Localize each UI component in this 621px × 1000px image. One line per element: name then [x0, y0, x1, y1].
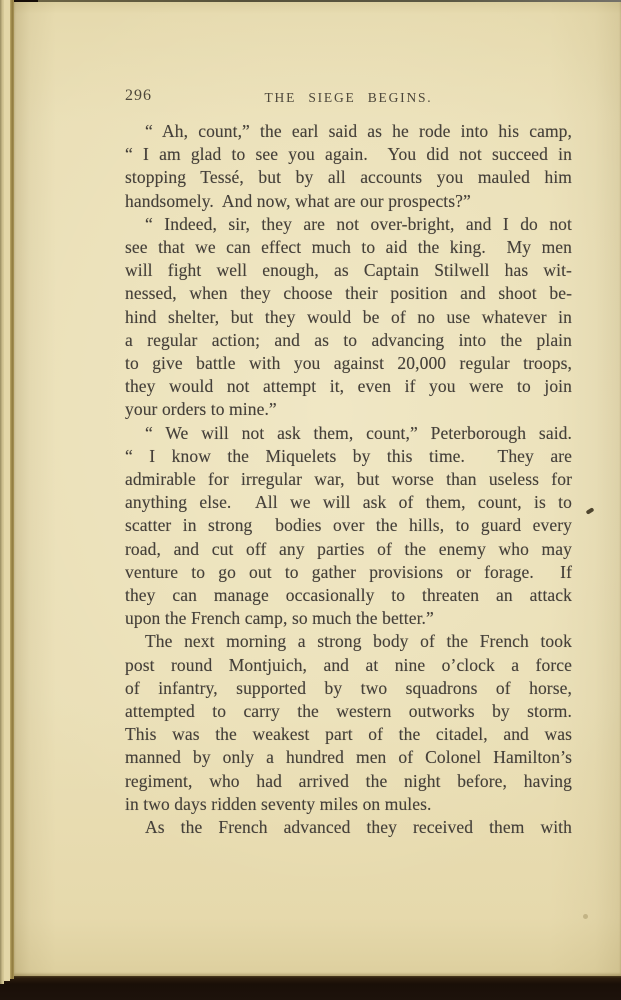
- running-title: THE SIEGE BEGINS.: [125, 90, 572, 106]
- text-line: your orders to mine.”: [125, 398, 572, 421]
- text-line: in two days ridden seventy miles on mule…: [125, 793, 572, 816]
- text-line: anything else. All we will ask of them, …: [125, 491, 572, 514]
- text-line: upon the French camp, so much the better…: [125, 607, 572, 630]
- text-block: “ Ah, count,” the earl said as he rode i…: [125, 120, 572, 839]
- text-line: venture to go out to gather provisions o…: [125, 561, 572, 584]
- text-line: As the French advanced they received the…: [125, 816, 572, 839]
- ink-speck: [586, 507, 595, 515]
- text-line: see that we can effect much to aid the k…: [125, 236, 572, 259]
- text-line: road, and cut off any parties of the ene…: [125, 538, 572, 561]
- text-line: a regular action; and as to advancing in…: [125, 329, 572, 352]
- text-line: “ I know the Miquelets by this time. The…: [125, 445, 572, 468]
- text-line: nessed, when they choose their position …: [125, 282, 572, 305]
- text-line: “ I am glad to see you again. You did no…: [125, 143, 572, 166]
- text-line: handsomely. And now, what are our prospe…: [125, 190, 572, 213]
- text-line: of infantry, supported by two squadrons …: [125, 677, 572, 700]
- text-line: will fight well enough, as Captain Stilw…: [125, 259, 572, 282]
- text-line: “ Indeed, sir, they are not over-bright,…: [125, 213, 572, 236]
- text-line: “ We will not ask them, count,” Peterbor…: [125, 422, 572, 445]
- text-line: they would not attempt it, even if you w…: [125, 375, 572, 398]
- text-line: post round Montjuich, and at nine o’cloc…: [125, 654, 572, 677]
- text-line: “ Ah, count,” the earl said as he rode i…: [125, 120, 572, 143]
- text-line: to give battle with you against 20,000 r…: [125, 352, 572, 375]
- book-shadow-below: [0, 972, 621, 1000]
- running-head: 296 THE SIEGE BEGINS.: [125, 87, 572, 107]
- text-line: regiment, who had arrived the night befo…: [125, 770, 572, 793]
- book-page: 296 THE SIEGE BEGINS. “ Ah, count,” the …: [14, 2, 621, 976]
- text-line: attempted to carry the western outworks …: [125, 700, 572, 723]
- text-line: admirable for irregular war, but worse t…: [125, 468, 572, 491]
- text-line: stopping Tessé, but by all accounts you …: [125, 166, 572, 189]
- text-line: they can manage occasionally to threaten…: [125, 584, 572, 607]
- text-line: The next morning a strong body of the Fr…: [125, 630, 572, 653]
- text-line: This was the weakest part of the citadel…: [125, 723, 572, 746]
- text-line: manned by only a hundred men of Colonel …: [125, 746, 572, 769]
- ink-speck: [583, 914, 588, 919]
- text-line: scatter in strong bodies over the hills,…: [125, 514, 572, 537]
- book-scan: 296 THE SIEGE BEGINS. “ Ah, count,” the …: [0, 0, 621, 1000]
- text-line: hind shelter, but they would be of no us…: [125, 306, 572, 329]
